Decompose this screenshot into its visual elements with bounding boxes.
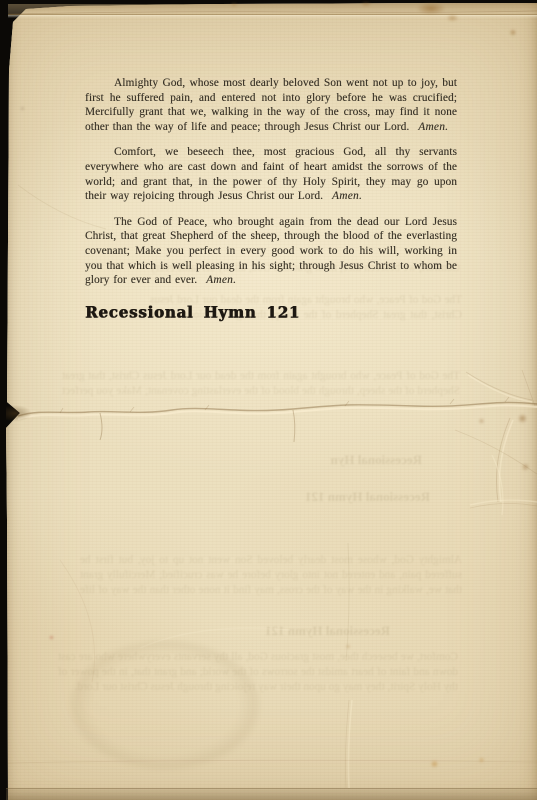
prayer-paragraph-comfort: Comfort, we beseech thee, most gracious … (85, 145, 457, 203)
top-fold-strip (8, 4, 537, 15)
recessional-hymn-heading: Recessional Hymn 121 (85, 305, 457, 320)
top-fold-highlight (8, 15, 537, 18)
prayer-paragraph-god-of-peace: The God of Peace, who brought again from… (85, 215, 457, 288)
scanned-page-screenshot: Comfort, we beseech thee, most gracious … (0, 0, 537, 800)
amen-label: Amen. (206, 274, 236, 286)
prayer-text: Almighty God, whose most dearly beloved … (85, 77, 457, 133)
prayer-text-block: Almighty God, whose most dearly beloved … (85, 76, 457, 319)
prayer-paragraph-almighty-god: Almighty God, whose most dearly beloved … (85, 76, 457, 134)
prayer-text: The God of Peace, who brought again from… (85, 216, 457, 286)
bottom-page-edge (6, 788, 537, 800)
amen-label: Amen. (332, 190, 362, 202)
prayer-text: Comfort, we beseech thee, most gracious … (85, 146, 457, 202)
amen-label: Amen. (418, 121, 448, 133)
